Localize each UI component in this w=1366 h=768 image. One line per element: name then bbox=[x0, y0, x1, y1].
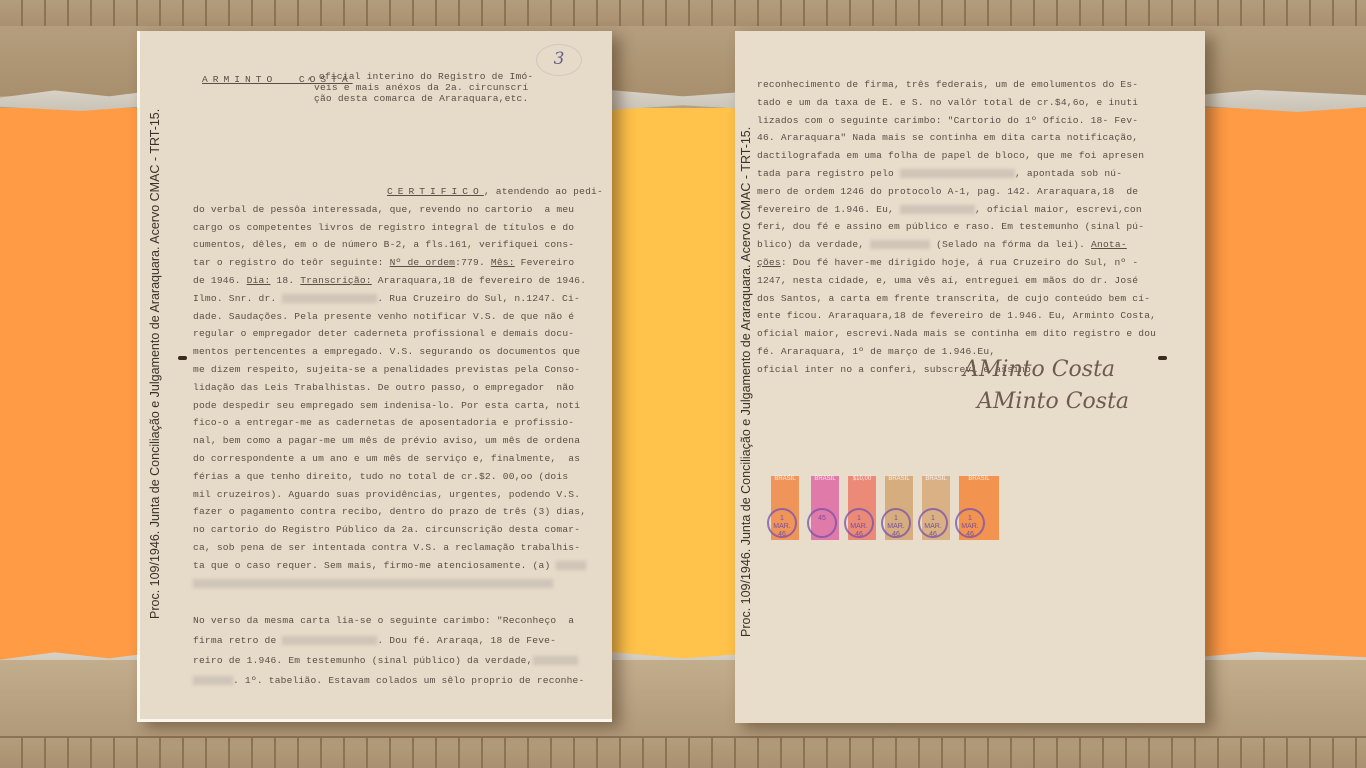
postmark-cancel: 1MAR.46 bbox=[844, 508, 874, 538]
redacted-name bbox=[900, 169, 1015, 178]
header-description: , oficial interino do Registro de Imó-ve… bbox=[307, 71, 533, 104]
redacted-name bbox=[282, 294, 377, 303]
redacted-signature bbox=[556, 561, 586, 570]
punch-hole bbox=[178, 356, 187, 360]
redacted-name bbox=[870, 240, 930, 249]
redacted-name bbox=[282, 636, 377, 645]
ruled-paper-strip-top bbox=[0, 0, 1366, 28]
postmark-cancel: 1MAR.46 bbox=[955, 508, 985, 538]
redacted-name bbox=[193, 676, 233, 685]
document-page-right: Proc. 109/1946. Junta de Conciliação e J… bbox=[735, 31, 1205, 723]
certificate-body: CERTIFICO, atendendo ao pedi-do verbal d… bbox=[193, 183, 603, 592]
handwritten-signature: AMinto Costa bbox=[963, 357, 1115, 382]
folio-number-stamp: 3 bbox=[536, 44, 582, 76]
postmark-cancel: 1MAR.46 bbox=[767, 508, 797, 538]
document-page-left: Proc. 109/1946. Junta de Conciliação e J… bbox=[137, 31, 612, 722]
handwritten-signature: AMinto Costa bbox=[977, 389, 1129, 414]
postmark-cancel: 1MAR.46 bbox=[881, 508, 911, 538]
redacted-name bbox=[900, 205, 975, 214]
postmark-cancel: 45 bbox=[807, 508, 837, 538]
verso-section: No verso da mesma carta lia-se o seguint… bbox=[193, 611, 584, 691]
postmark-cancel: 1MAR.46 bbox=[918, 508, 948, 538]
ruled-paper-strip-bottom bbox=[0, 736, 1366, 768]
archive-caption-left: Proc. 109/1946. Junta de Conciliação e J… bbox=[148, 109, 162, 619]
revenue-stamps: BRASIL1MAR.46BRASIL45$10,001MAR.46BRASIL… bbox=[771, 476, 1011, 561]
redacted-name bbox=[533, 656, 578, 665]
punch-hole bbox=[1158, 356, 1167, 360]
continuation-body: reconhecimento de firma, três federais, … bbox=[757, 76, 1156, 379]
redacted-line bbox=[193, 579, 553, 588]
archive-caption-right: Proc. 109/1946. Junta de Conciliação e J… bbox=[739, 127, 753, 637]
